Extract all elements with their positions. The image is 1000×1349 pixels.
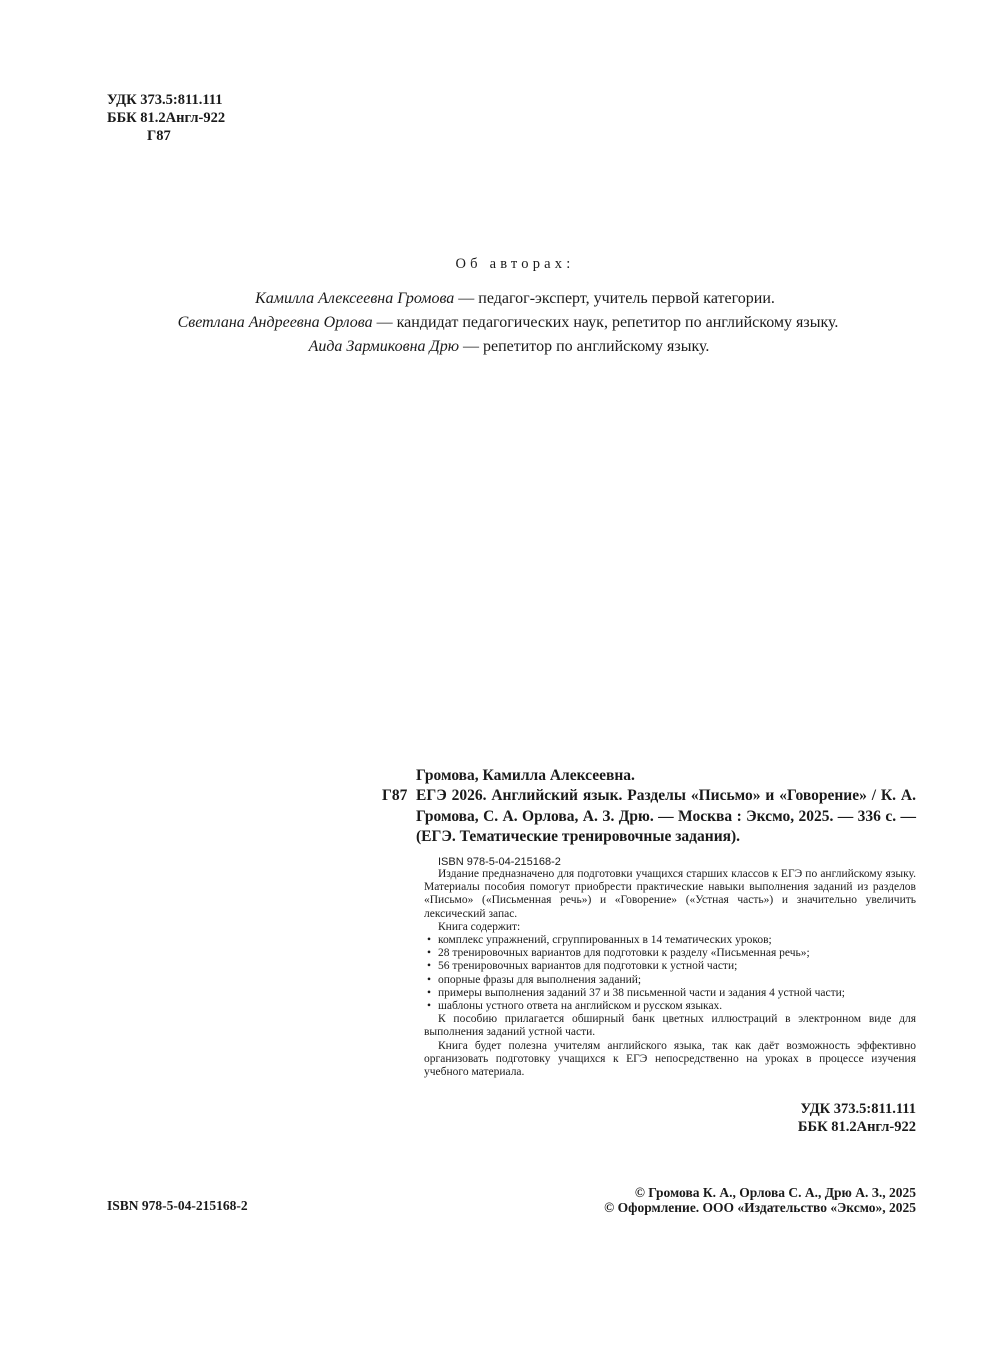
bibliography-isbn: ISBN 978-5-04-215168-2	[438, 855, 916, 869]
about-authors: Об авторах: Камилла Алексеевна Громова —…	[0, 256, 1000, 359]
contents-heading: Книга содержит:	[424, 921, 916, 934]
author-description: — репетитор по английскому языку.	[459, 338, 709, 355]
author-mark: Г87	[107, 127, 225, 145]
classification-header: УДК 373.5:811.111 ББК 81.2Англ-922 Г87	[107, 91, 225, 145]
author-name: Светлана Андреевна Орлова	[178, 314, 373, 331]
isbn: ISBN 978-5-04-215168-2	[107, 1198, 248, 1214]
author-description: — педагог-эксперт, учитель первой катего…	[454, 290, 775, 307]
bibliography-title: ЕГЭ 2026. Английский язык. Разделы «Пись…	[416, 786, 916, 848]
udk-code: УДК 373.5:811.111	[107, 91, 225, 109]
bibliographic-record: Громова, Камилла Алексеевна. Г87 ЕГЭ 202…	[380, 766, 916, 869]
list-item: 28 тренировочных вариантов для подготовк…	[424, 947, 916, 960]
annotation: Издание предназначено для подготовки уча…	[424, 868, 916, 1079]
copyright-design: © Оформление. ООО «Издательство «Эксмо»,…	[604, 1200, 916, 1215]
author-entry: Светлана Андреевна Орлова — кандидат пед…	[16, 311, 1000, 335]
about-authors-heading: Об авторах:	[30, 256, 1000, 273]
author-entry: Аида Зармиковна Дрю — репетитор по англи…	[18, 335, 1000, 359]
bibliography-title-text: ЕГЭ 2026. Английский язык. Разделы «Пись…	[416, 787, 916, 845]
author-entry: Камилла Алексеевна Громова — педагог-экс…	[30, 287, 1000, 311]
bibliography-code: Г87	[382, 786, 407, 807]
list-item: примеры выполнения заданий 37 и 38 письм…	[424, 987, 916, 1000]
list-item: опорные фразы для выполнения заданий;	[424, 974, 916, 987]
annotation-supplement: К пособию прилагается обширный банк цвет…	[424, 1013, 916, 1039]
bbk-code: ББК 81.2Англ-922	[107, 109, 225, 127]
contents-list: комплекс упражнений, сгруппированных в 1…	[424, 934, 916, 1013]
udk-code-bottom: УДК 373.5:811.111	[798, 1100, 916, 1118]
bibliography-author: Громова, Камилла Алексеевна.	[416, 766, 916, 786]
author-description: — кандидат педагогических наук, репетито…	[373, 314, 839, 331]
bibliography-entry: Г87 ЕГЭ 2026. Английский язык. Разделы «…	[380, 786, 916, 848]
list-item: комплекс упражнений, сгруппированных в 1…	[424, 934, 916, 947]
annotation-intro: Издание предназначено для подготовки уча…	[424, 868, 916, 921]
copyright-block: © Громова К. А., Орлова С. А., Дрю А. З.…	[604, 1185, 916, 1215]
annotation-closing: Книга будет полезна учителям английского…	[424, 1040, 916, 1080]
list-item: шаблоны устного ответа на английском и р…	[424, 1000, 916, 1013]
author-name: Камилла Алексеевна Громова	[255, 290, 454, 307]
classification-footer: УДК 373.5:811.111 ББК 81.2Англ-922	[798, 1100, 916, 1136]
list-item: 56 тренировочных вариантов для подготовк…	[424, 960, 916, 973]
copyright-authors: © Громова К. А., Орлова С. А., Дрю А. З.…	[604, 1185, 916, 1200]
bbk-code-bottom: ББК 81.2Англ-922	[798, 1118, 916, 1136]
author-name: Аида Зармиковна Дрю	[309, 338, 459, 355]
